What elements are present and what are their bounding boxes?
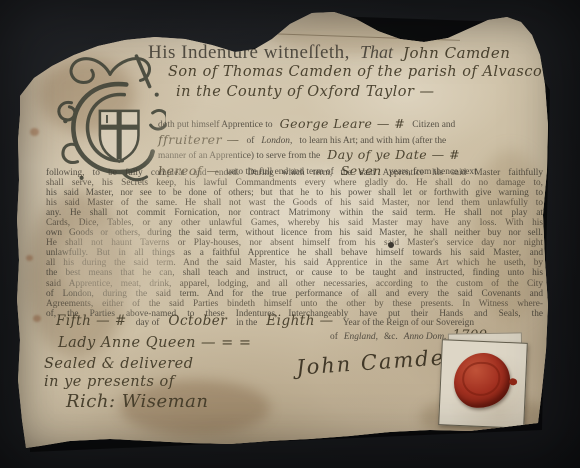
indenture-photo: His Indenture witneſſeth, That John Camd…	[0, 0, 580, 468]
parchment-edge-shading	[0, 0, 580, 468]
parchment-document: His Indenture witneſſeth, That John Camd…	[0, 0, 580, 468]
